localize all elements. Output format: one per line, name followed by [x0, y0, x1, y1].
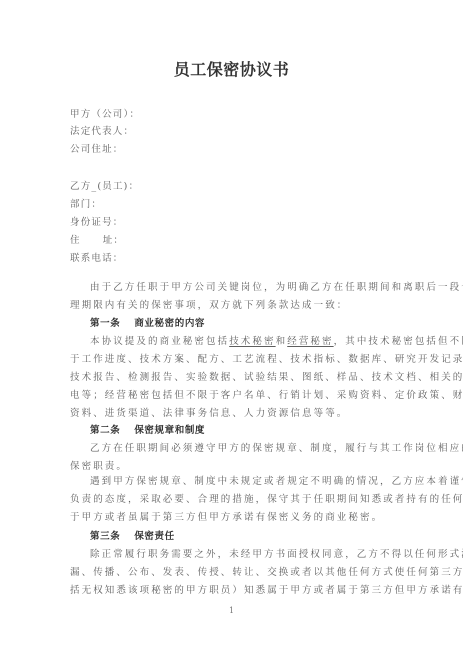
section-2-line-1: 乙方在任职期间必须遵守甲方的保密规章、制度，履行与其工作岗位相应的	[90, 443, 395, 455]
text-run: ，其中技术秘密包括但不限	[334, 336, 463, 347]
party-b-department-label: 部门：	[70, 199, 395, 211]
document-page: 员工保密协议书 甲方（公司）： 法定代表人： 公司住址： 乙方_(员工)： 部门…	[0, 0, 463, 655]
party-b-employee-label: 乙方_(员工)：	[70, 181, 395, 193]
preamble-line-1: 由于乙方任职于甲方公司关键岗位，为明确乙方在任职期间和离职后一段合	[90, 282, 395, 294]
section-3-heading: 第三条保密责任	[90, 531, 415, 543]
document-title: 员工保密协议书	[0, 57, 463, 80]
section-1-line-1: 本协议提及的商业秘密包括技术秘密和经营秘密，其中技术秘密包括但不限	[90, 336, 395, 348]
party-b-address-label: 住址：	[70, 235, 395, 247]
party-b-phone-label: 联系电话：	[70, 253, 395, 265]
party-a-address-label: 公司住址：	[70, 144, 395, 156]
section-2-number: 第二条	[90, 425, 120, 436]
preamble-line-2: 理期限内有关的保密事项，双方就下列条款达成一致：	[70, 300, 395, 312]
section-2-line-4: 负责的态度，采取必要、合理的措施，保守其于任职期间知悉或者持有的任何属	[70, 494, 395, 506]
section-1-line-4: 电等；经营秘密包括但不限于客户名单、行销计划、采购资料、定价政策、财务	[70, 390, 395, 402]
section-3-line-2: 漏、传播、公布、发表、传授、转让、交换或者以其他任何方式使任何第三方（包	[70, 567, 395, 579]
section-3-line-3: 括无权知悉该项秘密的甲方职员）知悉属于甲方或者属于第三方但甲方承诺有保	[70, 585, 395, 597]
address-label-part1: 住	[70, 235, 81, 246]
underlined-term-technical-secret: 技术秘密	[229, 336, 275, 347]
section-1-number: 第一条	[90, 318, 120, 329]
section-3-title: 保密责任	[134, 531, 174, 542]
section-1-line-2: 于工作进度、技术方案、配方、工艺流程、技术指标、数据库、研究开发记录、	[70, 354, 395, 366]
address-label-part2: 址：	[103, 235, 124, 246]
page-number: 1	[0, 606, 463, 615]
section-2-line-5: 于甲方或者虽属于第三方但甲方承诺有保密义务的商业秘密。	[70, 512, 395, 524]
section-1-line-5: 资料、进货渠道、法律事务信息、人力资源信息等等。	[70, 408, 395, 420]
party-a-company-label: 甲方（公司）：	[70, 109, 395, 121]
section-2-line-2: 保密职责。	[70, 461, 395, 473]
section-3-line-1: 除正常履行职务需要之外，未经甲方书面授权同意，乙方不得以任何形式泄	[90, 549, 395, 561]
section-2-title: 保密规章和制度	[134, 425, 205, 436]
underlined-term-business-secret: 经营秘密	[287, 336, 333, 347]
section-1-title: 商业秘密的内容	[134, 318, 205, 329]
section-1-line-3: 技术报告、检测报告、实验数据、试验结果、图纸、样品、技术文档、相关的函	[70, 372, 395, 384]
section-2-heading: 第二条保密规章和制度	[90, 425, 415, 437]
section-1-heading: 第一条商业秘密的内容	[90, 318, 415, 330]
text-run: 本协议提及的商业秘密包括	[90, 336, 229, 347]
party-a-legal-rep-label: 法定代表人：	[70, 126, 395, 138]
section-3-number: 第三条	[90, 531, 120, 542]
text-run: 和	[276, 336, 288, 347]
party-b-id-label: 身份证号：	[70, 217, 395, 229]
section-2-line-3: 遇到甲方保密规章、制度中未规定或者规定不明确的情况，乙方应本着谨慎、	[90, 476, 395, 488]
